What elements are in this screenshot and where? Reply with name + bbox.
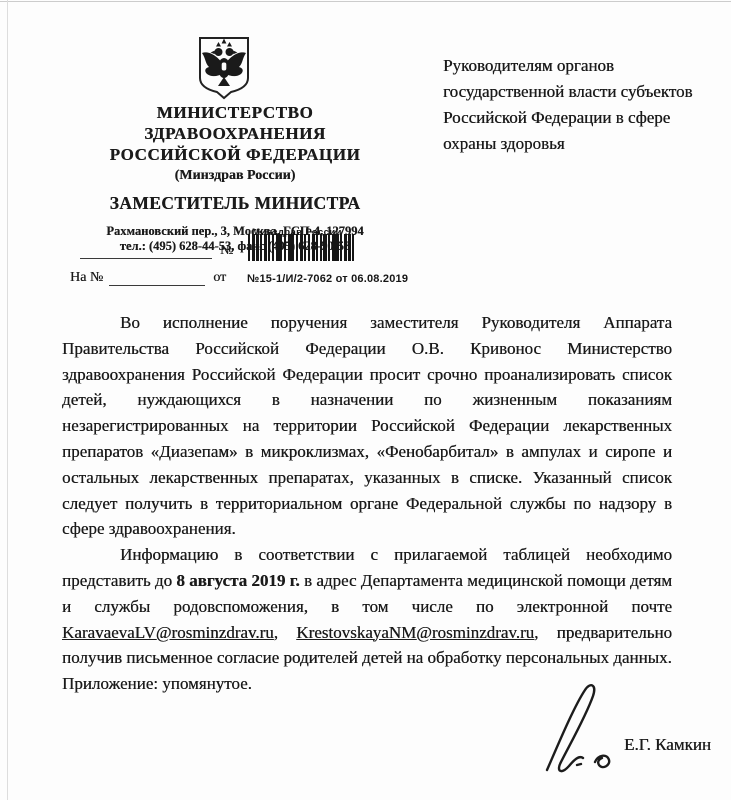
recipient-block: Руководителям органов государственной вл… [443,53,728,157]
ministry-short-name: (Минздрав России) [85,167,385,185]
office-title: ЗАМЕСТИТЕЛЬ МИНИСТРА [85,193,385,214]
document-number: №15-1/И/2-7062 от 06.08.2019 [247,273,408,285]
outgoing-number-row: № [80,243,233,259]
reply-to-label: На № [70,270,103,286]
recipient-line: Руководителям органов [443,53,728,79]
letter-paragraph: Информацию в соответствии с прилагаемой … [62,542,672,671]
barcode-caption: Минздрав России [252,227,360,238]
recipient-line: охраны здоровья [443,131,728,157]
reply-number-row: На № от [70,270,226,286]
number-sign-label: № [220,243,233,259]
letter-paragraph: Во исполнение поручения заместителя Руко… [62,310,672,542]
ministry-name-line: МИНИСТЕРСТВО [85,102,385,123]
outgoing-number-blank-line [80,244,212,259]
scanned-letter-page: МИНИСТЕРСТВО ЗДРАВООХРАНЕНИЯ РОССИЙСКОЙ … [0,0,731,800]
ministry-name-line: РОССИЙСКОЙ ФЕДЕРАЦИИ [85,144,385,165]
letter-paragraphs: Во исполнение поручения заместителя Руко… [62,310,672,697]
barcode [248,234,354,261]
reply-number-blank-line [109,271,205,286]
recipient-line: государственной власти субъектов [443,79,728,105]
scan-artifact-top-line [0,1,731,2]
registration-stamp: Минздрав России [248,227,360,261]
handwritten-signature [533,678,633,788]
russian-coat-of-arms-icon [197,35,251,101]
from-label: от [213,270,226,286]
recipient-line: Российской Федерации в сфере [443,105,728,131]
scan-artifact-left-line [7,0,8,800]
signer-name: Е.Г. Камкин [624,735,711,755]
ministry-name-line: ЗДРАВООХРАНЕНИЯ [85,123,385,144]
